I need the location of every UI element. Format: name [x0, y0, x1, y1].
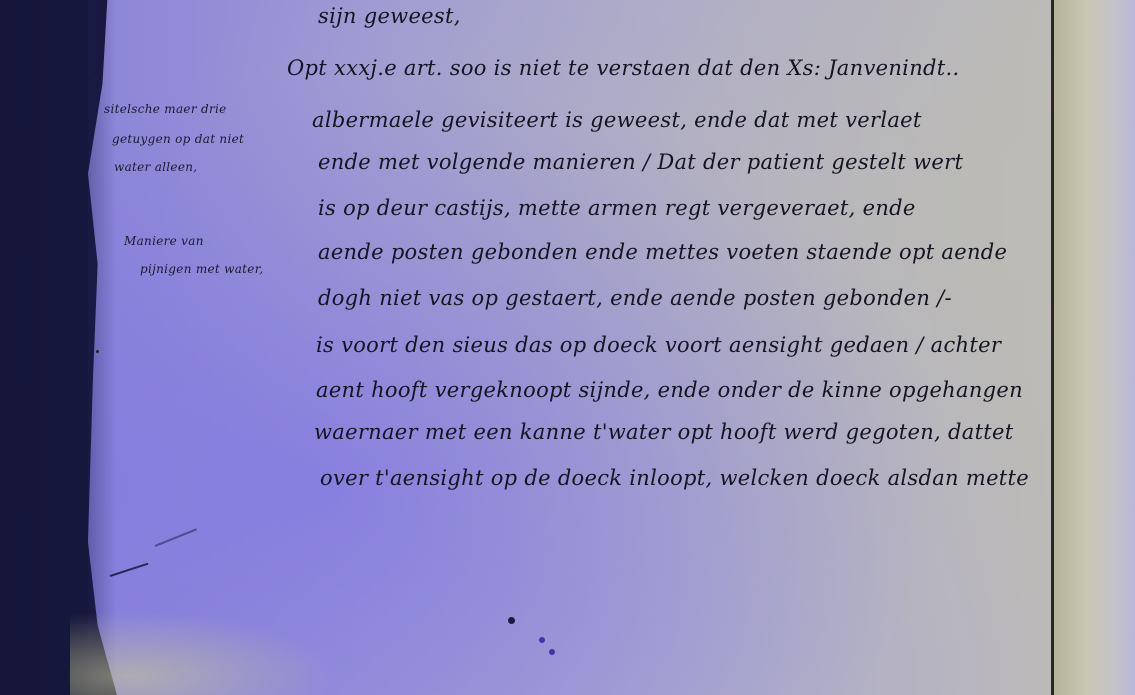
text-line-6: aende posten gebonden ende mettes voeten…: [318, 240, 1007, 264]
text-line-10: waernaer met een kanne t'water opt hooft…: [314, 420, 1014, 444]
ink-dot: [539, 637, 545, 643]
ink-dot: [94, 78, 97, 81]
text-line-11: over t'aensight op de doeck inloopt, wel…: [320, 466, 1029, 490]
text-line-1: sijn geweest,: [318, 4, 461, 28]
text-line-8: is voort den sieus das op doeck voort ae…: [316, 333, 1001, 357]
text-line-3: albermaele gevisiteert is geweest, ende …: [312, 108, 922, 132]
margin-note-2-line-2: pijnigen met water,: [140, 262, 264, 276]
text-line-9: aent hooft vergeknoopt sijnde, ende onde…: [316, 378, 1023, 402]
text-line-2: Opt xxxj.e art. soo is niet te verstaen …: [287, 56, 959, 80]
ink-dot: [549, 649, 555, 655]
margin-note-1-line-3: water alleen,: [114, 160, 197, 174]
text-line-7: dogh niet vas op gestaert, ende aende po…: [318, 286, 952, 310]
text-line-5: is op deur castijs, mette armen regt ver…: [318, 196, 916, 220]
text-line-4: ende met volgende manieren / Dat der pat…: [318, 150, 963, 174]
page-stain: [70, 600, 370, 695]
margin-note-2-line-1: Maniere van: [124, 234, 204, 248]
margin-note-1-line-1: sitelsche maer drie: [104, 102, 227, 116]
ink-dot: [508, 617, 515, 624]
ink-dot: [96, 350, 99, 353]
facing-page: [1054, 0, 1135, 695]
margin-note-1-line-2: getuygen op dat niet: [112, 132, 244, 146]
